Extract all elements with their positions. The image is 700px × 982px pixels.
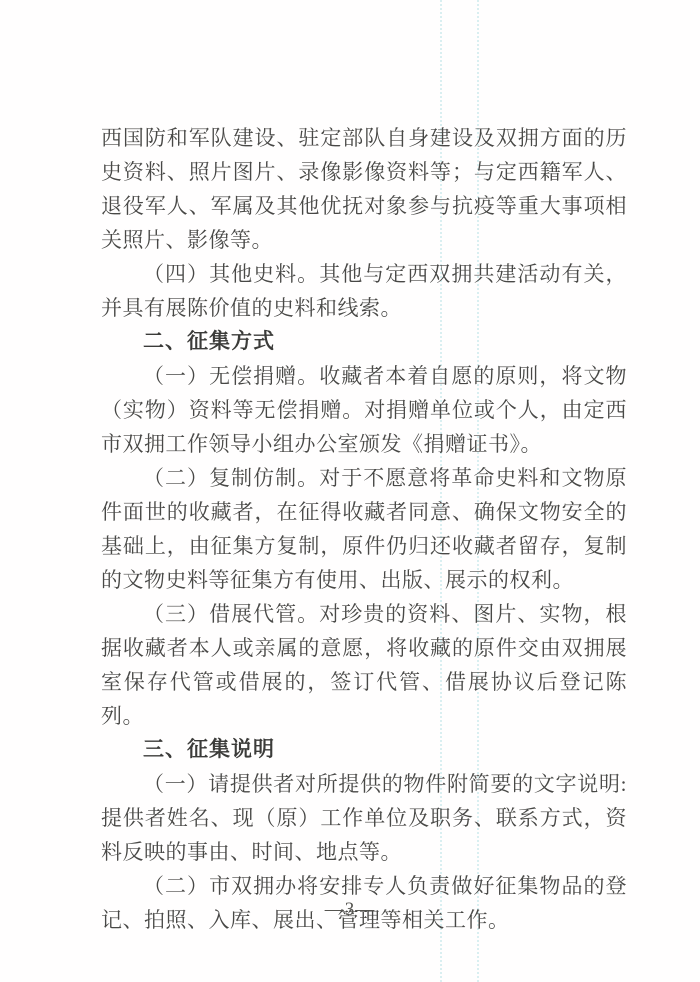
section-heading-collection-notes: 三、征集说明 [101, 733, 627, 767]
scanned-document-page: 西国防和军队建设、驻定部队自身建设及双拥方面的历史资料、照片图片、录像影像资料等… [0, 0, 700, 982]
section-heading-collection-methods: 二、征集方式 [101, 325, 627, 359]
paragraph-method-1-donation: （一）无偿捐赠。收藏者本着自愿的原则，将文物（实物）资料等无偿捐赠。对捐赠单位或… [101, 359, 627, 461]
paragraph-method-3-loan-custody: （三）借展代管。对珍贵的资料、图片、实物，根据收藏者本人或亲属的意愿，将收藏的原… [101, 597, 627, 733]
page-number: —3— [0, 899, 700, 921]
paragraph-item-4-other-materials: （四）其他史料。其他与定西双拥共建活动有关，并具有展陈价值的史料和线索。 [101, 257, 627, 325]
paragraph-continuation: 西国防和军队建设、驻定部队自身建设及双拥方面的历史资料、照片图片、录像影像资料等… [101, 121, 627, 257]
paragraph-method-2-replication: （二）复制仿制。对于不愿意将革命史料和文物原件面世的收藏者，在征得收藏者同意、确… [101, 461, 627, 597]
document-body: 西国防和军队建设、驻定部队自身建设及双拥方面的历史资料、照片图片、录像影像资料等… [101, 121, 627, 937]
paragraph-note-1-description: （一）请提供者对所提供的物件附简要的文字说明: 提供者姓名、现（原）工作单位及职… [101, 767, 627, 869]
